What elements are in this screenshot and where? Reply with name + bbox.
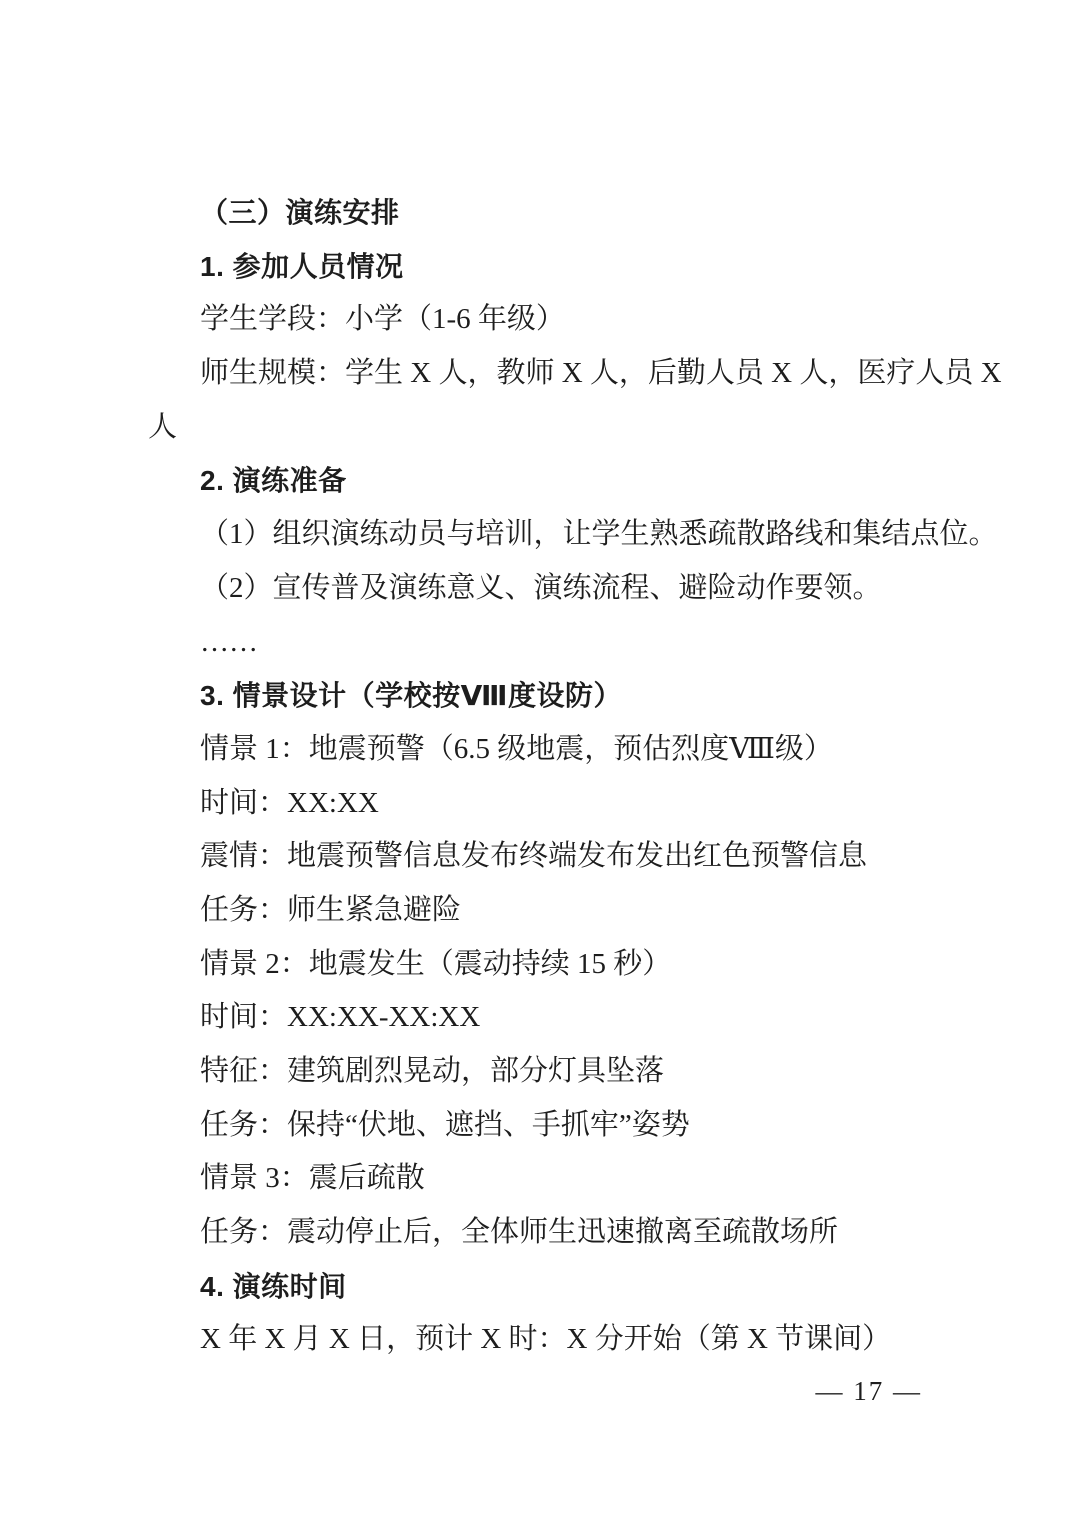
line-scenario-1-title: 情景 1：地震预警（6.5 级地震，预估烈度Ⅷ级） — [148, 723, 960, 777]
document-page: （三）演练安排 1. 参加人员情况 学生学段：小学（1-6 年级） 师生规模：学… — [0, 0, 1080, 1527]
line-staff-scale: 师生规模：学生 X 人，教师 X 人，后勤人员 X 人，医疗人员 X — [148, 347, 960, 401]
line-scenario-1-task: 任务：师生紧急避险 — [148, 884, 960, 938]
line-scenario-2-task: 任务：保持“伏地、遮挡、手抓牢”姿势 — [148, 1099, 960, 1153]
page-number: — 17 — — [816, 1376, 923, 1407]
line-preparation-item-2: （2）宣传普及演练意义、演练流程、避险动作要领。 — [148, 562, 960, 616]
line-ellipsis: …… — [148, 616, 960, 670]
line-scenario-1-time: 时间：XX:XX — [148, 777, 960, 831]
line-preparation-item-1: （1）组织演练动员与培训，让学生熟悉疏散路线和集结点位。 — [148, 508, 960, 562]
line-drill-time-detail: X 年 X 月 X 日，预计 X 时：X 分开始（第 X 节课间） — [148, 1313, 960, 1367]
heading-drill-arrangement: （三）演练安排 — [148, 186, 960, 240]
heading-drill-preparation: 2. 演练准备 — [148, 454, 960, 508]
line-scenario-2-feature: 特征：建筑剧烈晃动，部分灯具坠落 — [148, 1045, 960, 1099]
line-scenario-3-title: 情景 3：震后疏散 — [148, 1152, 960, 1206]
heading-scenario-design: 3. 情景设计（学校按Ⅷ度设防） — [148, 669, 960, 723]
heading-drill-time: 4. 演练时间 — [148, 1260, 960, 1314]
line-scenario-2-title: 情景 2：地震发生（震动持续 15 秒） — [148, 938, 960, 992]
line-student-stage: 学生学段：小学（1-6 年级） — [148, 293, 960, 347]
line-scenario-1-situation: 震情：地震预警信息发布终端发布发出红色预警信息 — [148, 830, 960, 884]
line-scenario-3-task: 任务：震动停止后，全体师生迅速撤离至疏散场所 — [148, 1206, 960, 1260]
line-staff-scale-wrap: 人 — [148, 401, 960, 455]
line-scenario-2-time: 时间：XX:XX-XX:XX — [148, 991, 960, 1045]
heading-participants: 1. 参加人员情况 — [148, 240, 960, 294]
document-body: （三）演练安排 1. 参加人员情况 学生学段：小学（1-6 年级） 师生规模：学… — [148, 186, 960, 1367]
